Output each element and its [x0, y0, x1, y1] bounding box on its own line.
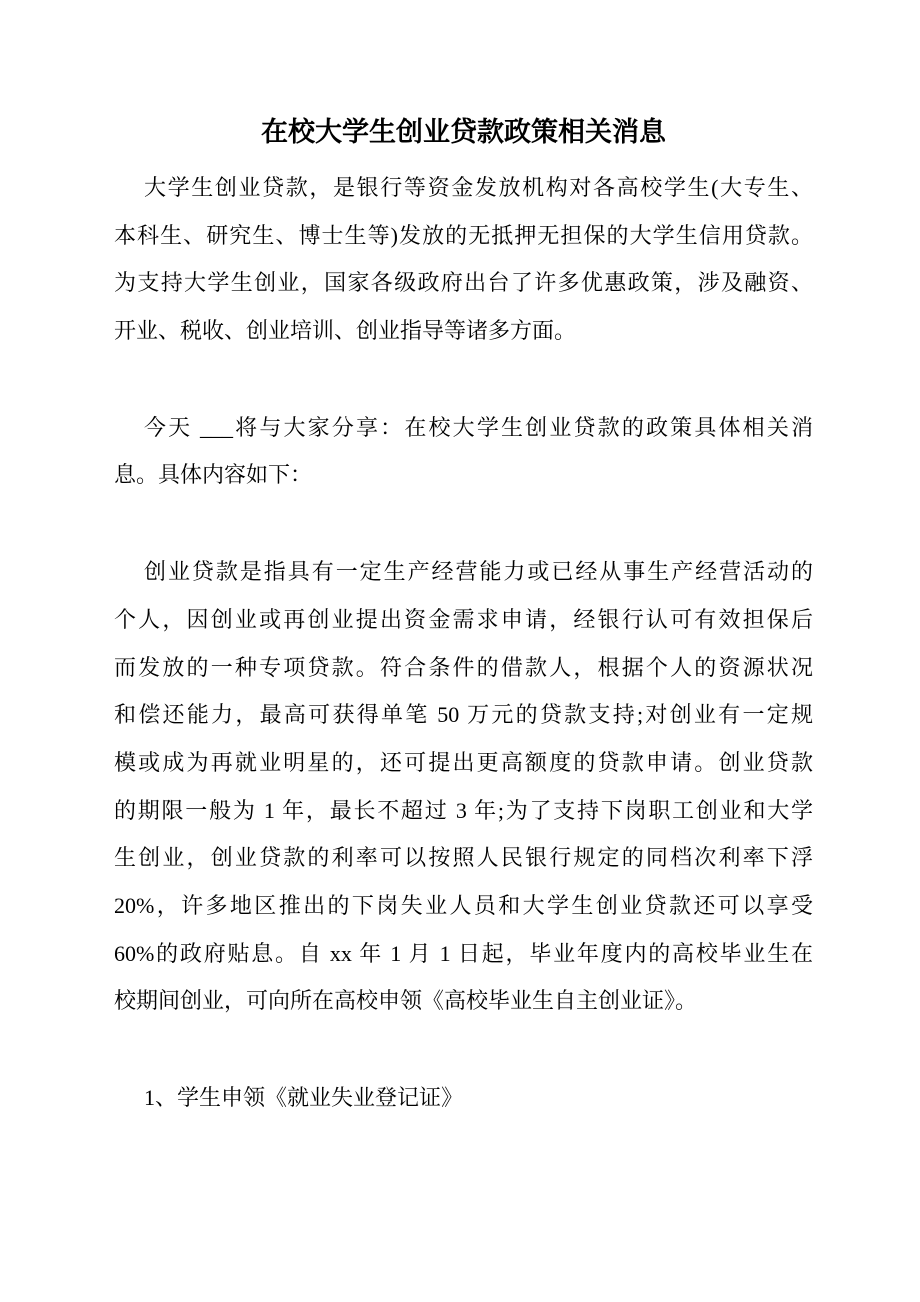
- text-line: 的期限一般为 1 年，最长不超过 3 年;为了支持下岗职工创业和大学: [114, 787, 813, 835]
- paragraph-list: 大学生创业贷款，是银行等资金发放机构对各高校学生(大专生、本科生、研究生、博士生…: [114, 164, 813, 1122]
- text-line: 1、学生申领《就业失业登记证》: [114, 1074, 813, 1122]
- text-line: 息。具体内容如下：: [114, 451, 813, 499]
- text-line: 生创业，创业贷款的利率可以按照人民银行规定的同档次利率下浮: [114, 834, 813, 882]
- text-line: 开业、税收、创业培训、创业指导等诸多方面。: [114, 307, 813, 355]
- text-line: 60%的政府贴息。自 xx 年 1 月 1 日起，毕业年度内的高校毕业生在: [114, 930, 813, 978]
- paragraph: 1、学生申领《就业失业登记证》: [114, 1074, 813, 1122]
- text-line: 创业贷款是指具有一定生产经营能力或已经从事生产经营活动的: [114, 548, 813, 596]
- paragraph: 创业贷款是指具有一定生产经营能力或已经从事生产经营活动的个人，因创业或再创业提出…: [114, 548, 813, 1025]
- text-line: 校期间创业，可向所在高校申领《高校毕业生自主创业证》。: [114, 977, 813, 1025]
- paragraph: 大学生创业贷款，是银行等资金发放机构对各高校学生(大专生、本科生、研究生、博士生…: [114, 164, 813, 355]
- text-line: 大学生创业贷款，是银行等资金发放机构对各高校学生(大专生、: [114, 164, 813, 212]
- text-line: 模或成为再就业明星的，还可提出更高额度的贷款申请。创业贷款: [114, 739, 813, 787]
- text-line: 本科生、研究生、博士生等)发放的无抵押无担保的大学生信用贷款。: [114, 212, 813, 260]
- text-line: 和偿还能力，最高可获得单笔 50 万元的贷款支持;对创业有一定规: [114, 691, 813, 739]
- paragraph: 今天 ___将与大家分享：在校大学生创业贷款的政策具体相关消息。具体内容如下：: [114, 404, 813, 499]
- text-line: 个人，因创业或再创业提出资金需求申请，经银行认可有效担保后: [114, 596, 813, 644]
- document-page: 在校大学生创业贷款政策相关消息 大学生创业贷款，是银行等资金发放机构对各高校学生…: [0, 0, 920, 1302]
- text-line: 而发放的一种专项贷款。符合条件的借款人，根据个人的资源状况: [114, 644, 813, 692]
- text-line: 今天 ___将与大家分享：在校大学生创业贷款的政策具体相关消: [114, 404, 813, 452]
- text-line: 为支持大学生创业，国家各级政府出台了许多优惠政策，涉及融资、: [114, 259, 813, 307]
- text-line: 20%，许多地区推出的下岗失业人员和大学生创业贷款还可以享受: [114, 882, 813, 930]
- page-title: 在校大学生创业贷款政策相关消息: [114, 108, 813, 156]
- document-content: 在校大学生创业贷款政策相关消息 大学生创业贷款，是银行等资金发放机构对各高校学生…: [0, 0, 920, 1122]
